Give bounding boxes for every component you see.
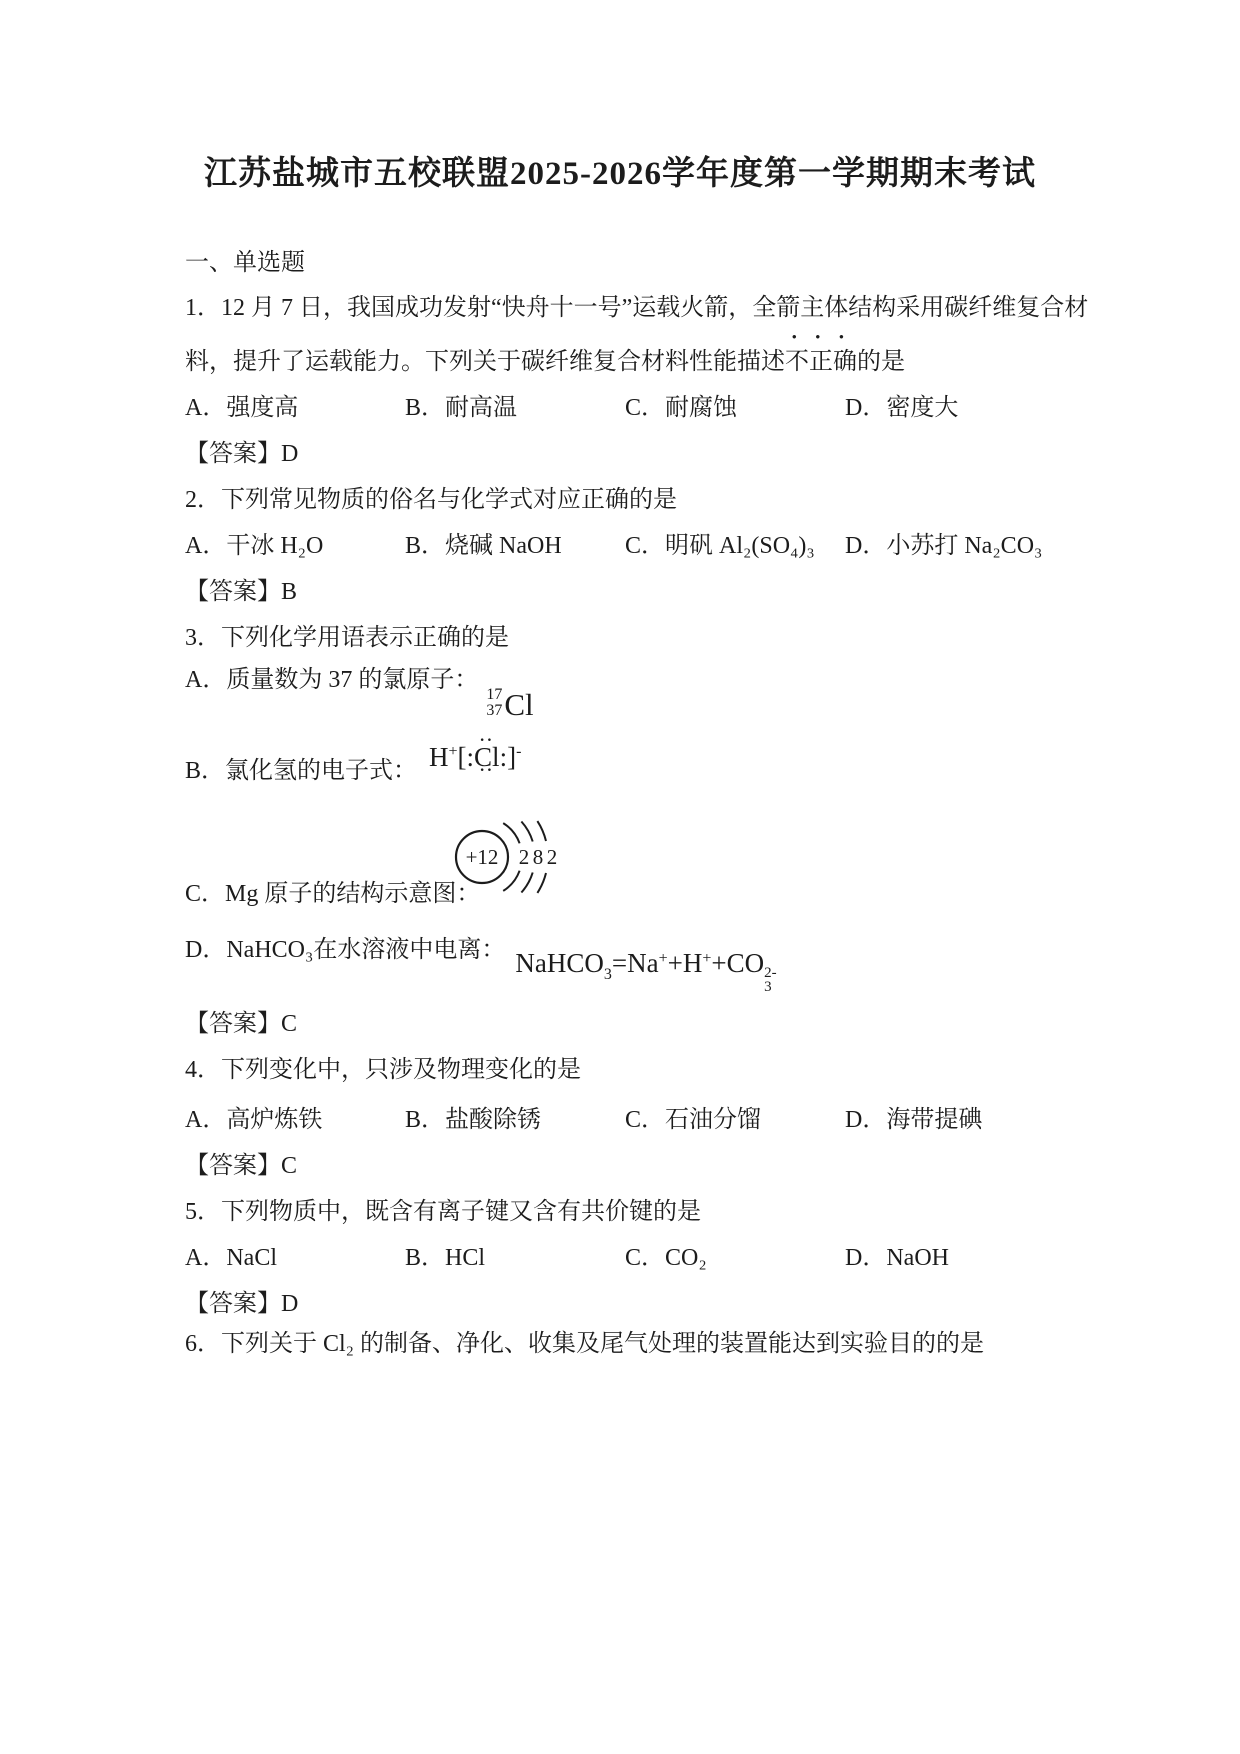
q4-option-b: B．盐酸除锈 bbox=[405, 1104, 625, 1136]
shell1-arc-top bbox=[503, 823, 519, 843]
q1-stem-line2: 料，提升了运载能力。下列关于碳纤维复合材料性能描述•••不正确的是 bbox=[185, 346, 1075, 378]
q5-option-d: D．NaOH bbox=[845, 1242, 1075, 1274]
section-heading: 一、单选题 bbox=[185, 247, 1075, 279]
q3-stem: 3．下列化学用语表示正确的是 bbox=[185, 622, 1075, 654]
q5-option-b: B．HCl bbox=[405, 1242, 625, 1274]
q3-option-b-label: B．氯化氢的电子式： bbox=[185, 758, 417, 784]
q2-option-d: D．小苏打 Na₂CO₃ bbox=[845, 530, 1075, 562]
isotope-notation: 1737Cl bbox=[486, 687, 533, 719]
q2-answer: 【答案】B bbox=[185, 576, 1075, 608]
shell3-electrons: 2 bbox=[547, 845, 558, 869]
isotope-symbol: Cl bbox=[504, 690, 533, 719]
shell2-electrons: 8 bbox=[533, 845, 544, 869]
exam-document-page: 江苏盐城市五校联盟2025-2026学年度第一学期期末考试 一、单选题 1．12… bbox=[0, 0, 1240, 1754]
q2-option-c: C．明矾 Al₂(SO₄)₃ bbox=[625, 530, 845, 562]
q1-emphasized-text: •••不正确 bbox=[785, 346, 857, 378]
q4-options: A．高炉炼铁 B．盐酸除锈 C．石油分馏 D．海带提碘 bbox=[185, 1104, 1075, 1136]
isotope-number-bottom: 37 bbox=[486, 703, 502, 719]
q3-option-d-label: D．NaHCO₃在水溶液中电离： bbox=[185, 937, 505, 963]
q3-answer: 【答案】C bbox=[185, 1008, 1075, 1040]
q1-stem-line2-before: 料，提升了运载能力。下列关于碳纤维复合材料性能描述 bbox=[185, 349, 785, 375]
shell2-arc-top bbox=[521, 822, 532, 842]
q1-answer: 【答案】D bbox=[185, 438, 1075, 470]
q1-option-b: B．耐高温 bbox=[405, 392, 625, 424]
q1-option-d: D．密度大 bbox=[845, 392, 1075, 424]
shell1-electrons: 2 bbox=[519, 845, 530, 869]
q2-option-b: B．烧碱 NaOH bbox=[405, 530, 625, 562]
chlorine-with-dots: ··Cl·· bbox=[474, 741, 500, 773]
q3-option-c-label: C．Mg 原子的结构示意图： bbox=[185, 878, 1075, 910]
q4-option-d: D．海带提碘 bbox=[845, 1104, 1075, 1136]
q3-option-d: D．NaHCO₃在水溶液中电离：NaHCO3=Na++H++CO2-3 bbox=[185, 928, 1075, 979]
page-title: 江苏盐城市五校联盟2025-2026学年度第一学期期末考试 bbox=[0, 158, 1240, 190]
q4-answer: 【答案】C bbox=[185, 1150, 1075, 1182]
q1-options: A．强度高 B．耐高温 C．耐腐蚀 D．密度大 bbox=[185, 392, 1075, 424]
carbonate-charge-stack: 2-3 bbox=[764, 966, 777, 994]
q2-option-a: A．干冰 H₂O bbox=[185, 530, 405, 562]
q6-stem: 6．下列关于 Cl₂ 的制备、净化、收集及尾气处理的装置能达到实验目的的是 bbox=[185, 1328, 1075, 1360]
q1-stem-line2-after: 的是 bbox=[857, 349, 905, 375]
ionization-equation: NaHCO3=Na++H++CO2-3 bbox=[515, 943, 776, 994]
q3-option-a-label: A．质量数为 37 的氯原子： bbox=[185, 667, 478, 693]
q5-options: A．NaCl B．HCl C．CO₂ D．NaOH bbox=[185, 1242, 1075, 1274]
shell3-arc-top bbox=[537, 821, 546, 841]
q3-option-a: A．质量数为 37 的氯原子：1737Cl bbox=[185, 664, 1075, 707]
q1-option-c: C．耐腐蚀 bbox=[625, 392, 845, 424]
q5-option-a: A．NaCl bbox=[185, 1242, 405, 1274]
nucleus-charge: +12 bbox=[466, 845, 499, 869]
isotope-mass-top: 17 bbox=[486, 687, 502, 703]
q4-option-a: A．高炉炼铁 bbox=[185, 1104, 405, 1136]
q3-option-b: B．氯化氢的电子式：H+[:··Cl··:]- bbox=[185, 748, 1075, 787]
q1-stem-line1: 1．12 月 7 日，我国成功发射“快舟十一号”运载火箭，全箭主体结构采用碳纤维… bbox=[185, 292, 1075, 324]
q5-stem: 5．下列物质中，既含有离子键又含有共价键的是 bbox=[185, 1196, 1075, 1228]
q1-option-a: A．强度高 bbox=[185, 392, 405, 424]
q5-answer: 【答案】D bbox=[185, 1288, 1075, 1320]
q2-options: A．干冰 H₂O B．烧碱 NaOH C．明矾 Al₂(SO₄)₃ D．小苏打 … bbox=[185, 530, 1075, 562]
q4-option-c: C．石油分馏 bbox=[625, 1104, 845, 1136]
electron-formula: H+[:··Cl··:]- bbox=[429, 736, 521, 773]
q2-stem: 2．下列常见物质的俗名与化学式对应正确的是 bbox=[185, 484, 1075, 516]
q5-option-c: C．CO₂ bbox=[625, 1242, 845, 1274]
q4-stem: 4．下列变化中，只涉及物理变化的是 bbox=[185, 1054, 1075, 1086]
emphasis-dots: ••• bbox=[792, 331, 863, 343]
